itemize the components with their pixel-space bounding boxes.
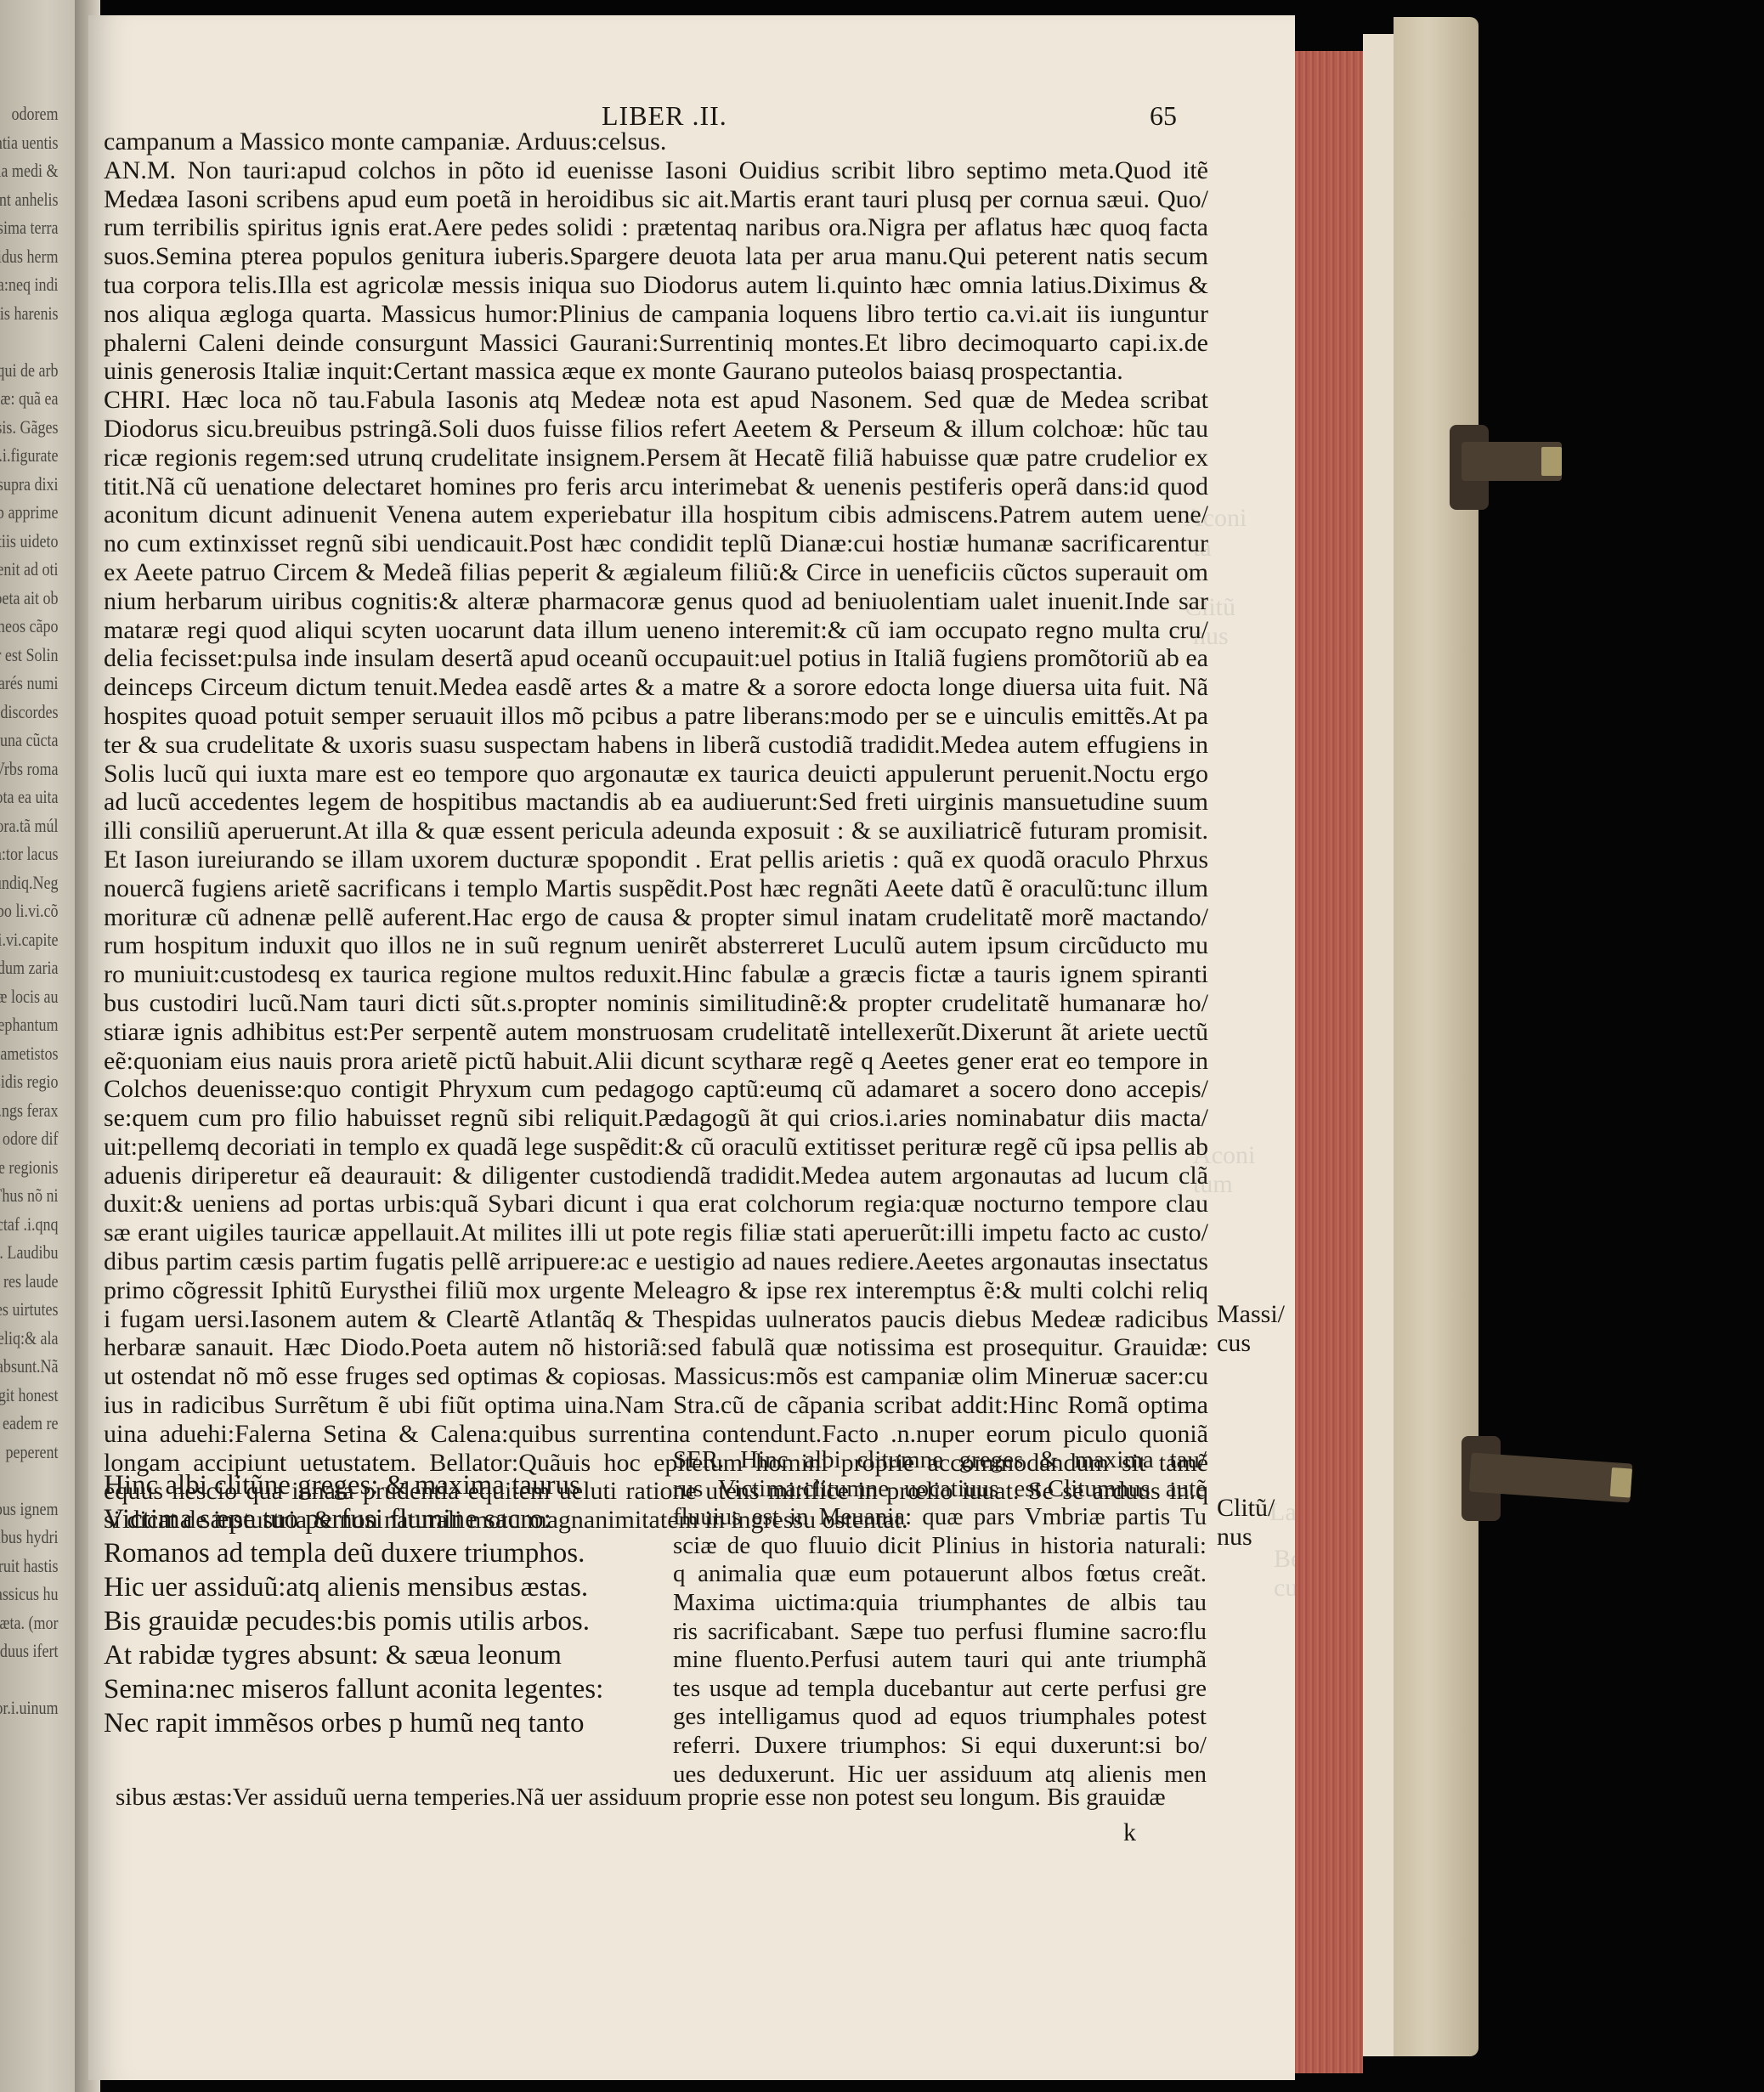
clasp-tip	[1610, 1467, 1632, 1498]
bottom-commentary-line: sibus æstas:Ver assiduũ uerna temperies.…	[116, 1784, 1207, 1812]
servius-line: q animalia quæ eum potauerunt albos fœtu…	[673, 1560, 1207, 1589]
facing-page-fragment: oppidum zaria	[0, 954, 59, 981]
verse-line: Semina:nec miseros fallunt aconita legen…	[104, 1672, 664, 1706]
facing-page-fragment: laus Italiæ: quã ea	[0, 385, 59, 412]
commentary-line: aconitum dicunt adinuenit Venena autem e…	[104, 500, 1208, 529]
facing-page-fragment: í poeta ait ob	[0, 585, 59, 612]
commentary-line: nouercã fugiens arietẽ sacrificans i tem…	[104, 874, 1208, 903]
facing-page-fragment: auctor est Solin	[0, 642, 59, 669]
facing-page-fragment: una cũcta	[0, 727, 59, 754]
facing-page-fragment: lese arduus ifert	[0, 1637, 59, 1665]
clasp-tip	[1541, 447, 1562, 476]
facing-page-fragment: naq læta. (mor	[0, 1609, 59, 1637]
facing-page-fragment: Quod qui de arb	[0, 357, 59, 384]
facing-page-fragment: & olentia medi	[0, 157, 59, 184]
endpaper-edge	[1363, 34, 1397, 2056]
commentary-line: uinis generosis Italiæ inquit:Certant ma…	[104, 357, 1208, 386]
servius-line: rus Victima:clitumne uocatiuus est.Clitu…	[673, 1475, 1207, 1504]
commentary-line: Diodorus sicu.breuibus pstringã.Soli duo…	[104, 415, 1208, 444]
commentary-line: ro muniuit:custodesq ex taurica regione …	[104, 960, 1208, 989]
facing-page-fragment: diuitiis uideto	[0, 528, 59, 555]
facing-page-fragment: das ab eadem re &	[0, 1410, 59, 1437]
facing-page-fragment: nemora.tã múl	[0, 812, 59, 840]
verse-line: Romanos ad templa deũ duxere triumphos.	[104, 1536, 664, 1570]
commentary-line: ut ostendat nõ mõ esse fruges sed optima…	[104, 1362, 1208, 1391]
commentary-line: Medæa Iasoni scribens apud eum poetã in …	[104, 185, 1208, 214]
facing-page-fragment: naq res laude	[0, 1268, 59, 1295]
verse-line: Bis grauidæ pecudes:bis pomis utilis arb…	[104, 1604, 664, 1638]
commentary-line: eẽ:quoniam eius nauis prora arietẽ pictũ…	[104, 1047, 1208, 1076]
facing-page-fragment: peperent	[0, 1439, 59, 1466]
facing-page-fragment: odorem	[0, 100, 59, 127]
commentary-line: ex Aeete patruo Circem & Medeã filias pe…	[104, 558, 1208, 587]
servius-line: referri. Duxere triumphos: Si equi duxer…	[673, 1732, 1207, 1761]
commentary-line: mataræ regi quod aliqui scyten uocarunt …	[104, 616, 1208, 645]
commentary-line: primo cõgressit Iphitũ Eurysthei filiũ m…	[104, 1276, 1208, 1305]
facing-page-fragment: õstrat igit honest	[0, 1382, 59, 1409]
servius-line: ris sacrificabant. Sæpe tuo perfusi flum…	[673, 1618, 1207, 1647]
commentary-line: no cum extinxisset regnũ sibi uendicauit…	[104, 529, 1208, 558]
commentary-line: morituræ cũ adnenæ pellẽ auferent.Hac er…	[104, 903, 1208, 932]
facing-page-fragment: li.Thus nõ ni	[0, 1182, 59, 1209]
commentary-line: CHRI. Hæc loca nõ tau.Fabula Iasonis atq…	[104, 386, 1208, 415]
facing-page-fragment: nortales uirtutes	[0, 1296, 59, 1323]
verse-line: Nec rapit immẽsos orbes p humũ neq tanto	[104, 1706, 664, 1740]
servius-line: fluuius est in Meuania: quæ pars Vmbriæ …	[673, 1503, 1207, 1532]
facing-page-fragment: us humor.i.uinum	[0, 1694, 59, 1722]
facing-page-fragment: os q absunt.Nã	[0, 1353, 59, 1380]
facing-page-fragment: rianæ regionis	[0, 1154, 59, 1181]
commentary-line: Solis lucũ qui iuxta mare est eo tempore…	[104, 760, 1208, 789]
facing-page-fragment: i massicus hu	[0, 1580, 59, 1608]
commentary-line: stiaræ ignis adhibitus est:Per serpentẽ …	[104, 1018, 1208, 1047]
facing-page-fragment: es:ametistos.	[0, 1040, 59, 1067]
commentary-line: hospites quoad potuit semper seruauit il…	[104, 702, 1208, 731]
servius-commentary: SER. Hinc albi clitumne greges & maxima …	[673, 1446, 1207, 1789]
commentary-line: uina aduehi:Falerna Setina & Calena:quib…	[104, 1420, 1208, 1449]
facing-page: odoremlabentia uentis& olentia mediedica…	[0, 0, 78, 2092]
facing-page-fragment: é puenit ad oti	[0, 556, 59, 583]
facing-page-fragment: amẽ li.vi.capite	[0, 926, 59, 953]
facing-page-fragment: ctaf .i.qnq	[0, 1211, 59, 1238]
verse-block: Hinc albi clitũne greges: & maxima tauru…	[104, 1468, 664, 1740]
commentary-line: duxit:& ueniens ad portas urbis:quã Syba…	[104, 1190, 1208, 1218]
commentary-line: campanum a Massico monte campaniæ. Arduu…	[104, 127, 1208, 156]
facing-page-fragment: us. Vrbs roma	[0, 755, 59, 783]
facing-page-fragment: ibus hydri.	[0, 1524, 59, 1551]
servius-line: ges intelligamus quod ad equos triumphal…	[673, 1703, 1207, 1732]
verse-line: Hinc albi clitũne greges: & maxima tauru…	[104, 1468, 664, 1502]
verse-line: Victima sæpe tuo perfusi flumine sacro:	[104, 1502, 664, 1536]
facing-page-fragment: ctra:neq indi	[0, 271, 59, 298]
facing-page-fragment: uisse. Laudibu	[0, 1239, 59, 1266]
facing-page-fragment: labentia uentis	[0, 129, 59, 156]
facing-page-fragment: a: p apprime	[0, 499, 59, 526]
servius-line: mine fluento.Perfusi autem tauri qui ant…	[673, 1646, 1207, 1675]
facing-page-fragment: elephantum	[0, 1011, 59, 1038]
commentary-line: deinceps Circeum dictum tenuit.Medea eas…	[104, 673, 1208, 702]
facing-page-fragment: ge discordes	[0, 698, 59, 726]
commentary-line: nos aliqua ægloga quarta. Massicus humor…	[104, 300, 1208, 329]
facing-page-fragment: guis harenis,	[0, 300, 59, 327]
servius-line: SER. Hinc albi clitumne greges & maxima …	[673, 1446, 1207, 1475]
commentary-line: ad lucũ accedentes legem de hospitibus m…	[104, 788, 1208, 817]
facing-page-fragment: uniuersis. Gãges	[0, 414, 59, 441]
facing-page-fragment: ngs ferax.	[0, 1097, 59, 1124]
signature-mark: k	[1123, 1818, 1136, 1847]
facing-page-fragment: rsidis regio:	[0, 1068, 59, 1095]
commentary-line: AN.M. Non tauri:apud colchos in põto id …	[104, 156, 1208, 185]
facing-page-fragment: ges horuit hastis.	[0, 1552, 59, 1580]
servius-line: Maxima uictima:quia triumphantes de albi…	[673, 1589, 1207, 1618]
commentary-line: ter & sua crudelitate & uxoris suasu sus…	[104, 731, 1208, 760]
facing-page-fragment: s naribus ignem	[0, 1495, 59, 1523]
red-fore-edge	[1295, 51, 1363, 2073]
marginal-note-clitumnus: Clitũ/ nus	[1217, 1494, 1275, 1552]
facing-page-fragment: Smyrneos cãpo	[0, 613, 59, 640]
commentary-line: phalerni Caleni deinde consurgunt Massic…	[104, 329, 1208, 358]
commentary-line: suos.Semina pterea populos genitura iube…	[104, 242, 1208, 271]
commentary-line: rum terribilis spiritus ignis erat.Aere …	[104, 213, 1208, 242]
commentary-line: bus custodiri lucũ.Nam tauri dicti sũt.s…	[104, 989, 1208, 1018]
commentary-line: delia fecisset:pulsa inde insulam desert…	[104, 644, 1208, 673]
marginal-note-massicus: Massi/ cus	[1217, 1300, 1285, 1358]
facing-page-fragment: ibus.i.figurate	[0, 442, 59, 469]
clasp-strap-upper	[1462, 442, 1562, 481]
servius-line: sciæ de quo fluuio dicit Plinius in hist…	[673, 1532, 1207, 1561]
facing-page-fragment: edicant anhelis	[0, 186, 59, 213]
commentary-line: se:quem cum pro filio habuisset regnũ si…	[104, 1104, 1208, 1133]
commentary-line: herbaræ sanauit. Hæc Diodo.Poeta autem n…	[104, 1333, 1208, 1362]
commentary-line: sæ erant uigiles tauricæ appellauit.At m…	[104, 1218, 1208, 1247]
commentary-line: ricæ regionis regem:sed utrunq crudelita…	[104, 444, 1208, 472]
facing-page-fragment: solo odore dif	[0, 1125, 59, 1152]
facing-page-fragment: ditissima terra	[0, 214, 59, 241]
facing-page-fragment: ris colla:tor lacus	[0, 840, 59, 868]
commentary-line: Colchos deuenisse:quo contigit Phryxum c…	[104, 1075, 1208, 1104]
facing-page-fragment: niæ ut supra dixi	[0, 471, 59, 498]
commentary-line: illi consiliũ aperuerunt.At illa & quæ e…	[104, 817, 1208, 845]
commentary-line: tua corpora telis.Illa est agricolæ mess…	[104, 271, 1208, 300]
commentary-line: Et Iason iureiurando se illam uxorem duc…	[104, 845, 1208, 874]
servius-line: tes usque ad templa ducebantur aut certe…	[673, 1675, 1207, 1704]
commentary-line: uit:pellemq decoriati in templo ex quadã…	[104, 1133, 1208, 1162]
commentary-line: dibus partim cæsis partim fugatis pellẽ …	[104, 1247, 1208, 1276]
commentary-line: i fugam uersi.Iasonem autem & Cleartẽ At…	[104, 1305, 1208, 1334]
verse-line: At rabidæ tygres absunt: & sæua leonum	[104, 1638, 664, 1672]
commentary-line: rum hospitum induxit quo illos ne in suũ…	[104, 931, 1208, 960]
commentary-line: nium herbarum uiribus cognitis:& alteræ …	[104, 587, 1208, 616]
facing-page-fragment: é & parés numi	[0, 670, 59, 697]
facing-page-fragment: tens undiq.Neg	[0, 869, 59, 896]
facing-page-fragment: ít Strabo li.vi.cõ	[0, 897, 59, 924]
facing-page-fragment: turbidus herm	[0, 243, 59, 270]
commentary-block: campanum a Massico monte campaniæ. Arduu…	[104, 127, 1208, 1535]
vellum-cover	[1394, 17, 1478, 2056]
facing-page-fragment: cro tota ea uita	[0, 783, 59, 811]
commentary-line: aduenis diriperetur eã deaurauit: & dili…	[104, 1162, 1208, 1190]
commentary-line: ius in radicibus Surrẽtum ẽ ubi fiũt opt…	[104, 1391, 1208, 1420]
verse-line: Hic uer assiduũ:atq alienis mensibus æst…	[104, 1570, 664, 1604]
facing-page-fragment: diæ locis au	[0, 983, 59, 1010]
commentary-line: titit.Nã cũ uenatione delectaret homines…	[104, 472, 1208, 501]
facing-page-fragment: nciaq reliq:& ala	[0, 1325, 59, 1352]
